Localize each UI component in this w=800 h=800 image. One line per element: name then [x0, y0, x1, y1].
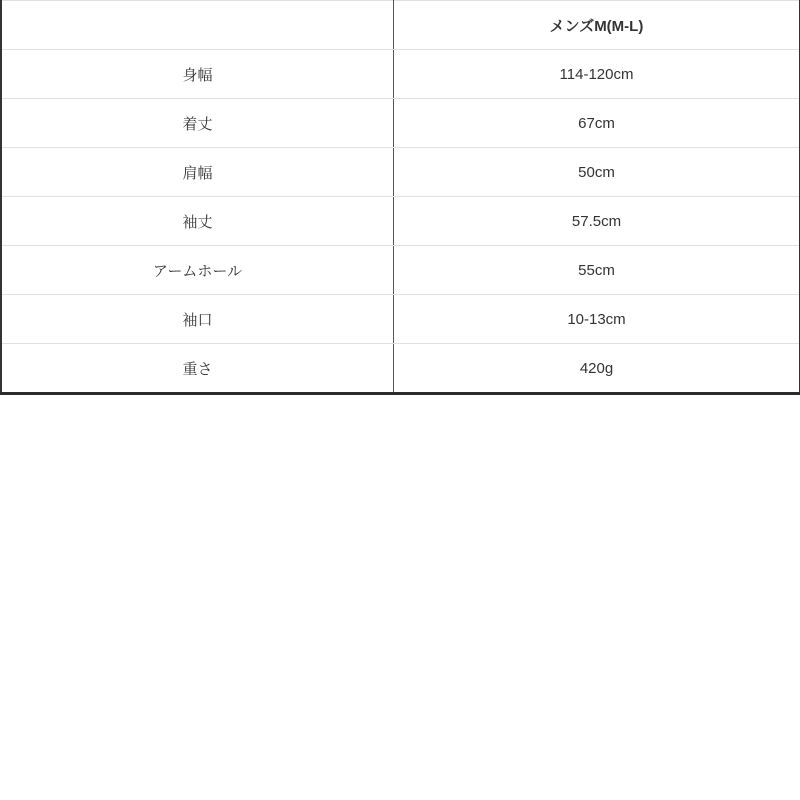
row-value: 57.5cm	[394, 197, 800, 246]
page: メンズM(M-L) 身幅 114-120cm 着丈 67cm 肩幅 50cm 袖…	[0, 0, 800, 800]
size-chart-table: メンズM(M-L) 身幅 114-120cm 着丈 67cm 肩幅 50cm 袖…	[0, 0, 800, 395]
row-value: 67cm	[394, 99, 800, 148]
row-label: アームホール	[1, 246, 394, 295]
row-label: 身幅	[1, 50, 394, 99]
table-row: 袖口 10-13cm	[1, 295, 800, 344]
table-header-row: メンズM(M-L)	[1, 1, 800, 50]
row-value: 114-120cm	[394, 50, 800, 99]
header-corner-cell	[1, 1, 394, 50]
header-size-cell: メンズM(M-L)	[394, 1, 800, 50]
row-label: 袖口	[1, 295, 394, 344]
row-label: 肩幅	[1, 148, 394, 197]
row-label: 重さ	[1, 344, 394, 394]
table-row: アームホール 55cm	[1, 246, 800, 295]
row-value: 50cm	[394, 148, 800, 197]
table-row: 着丈 67cm	[1, 99, 800, 148]
row-value: 420g	[394, 344, 800, 394]
table-row: 重さ 420g	[1, 344, 800, 394]
table-row: 袖丈 57.5cm	[1, 197, 800, 246]
row-label: 着丈	[1, 99, 394, 148]
row-value: 55cm	[394, 246, 800, 295]
row-value: 10-13cm	[394, 295, 800, 344]
table-row: 身幅 114-120cm	[1, 50, 800, 99]
table-row: 肩幅 50cm	[1, 148, 800, 197]
row-label: 袖丈	[1, 197, 394, 246]
